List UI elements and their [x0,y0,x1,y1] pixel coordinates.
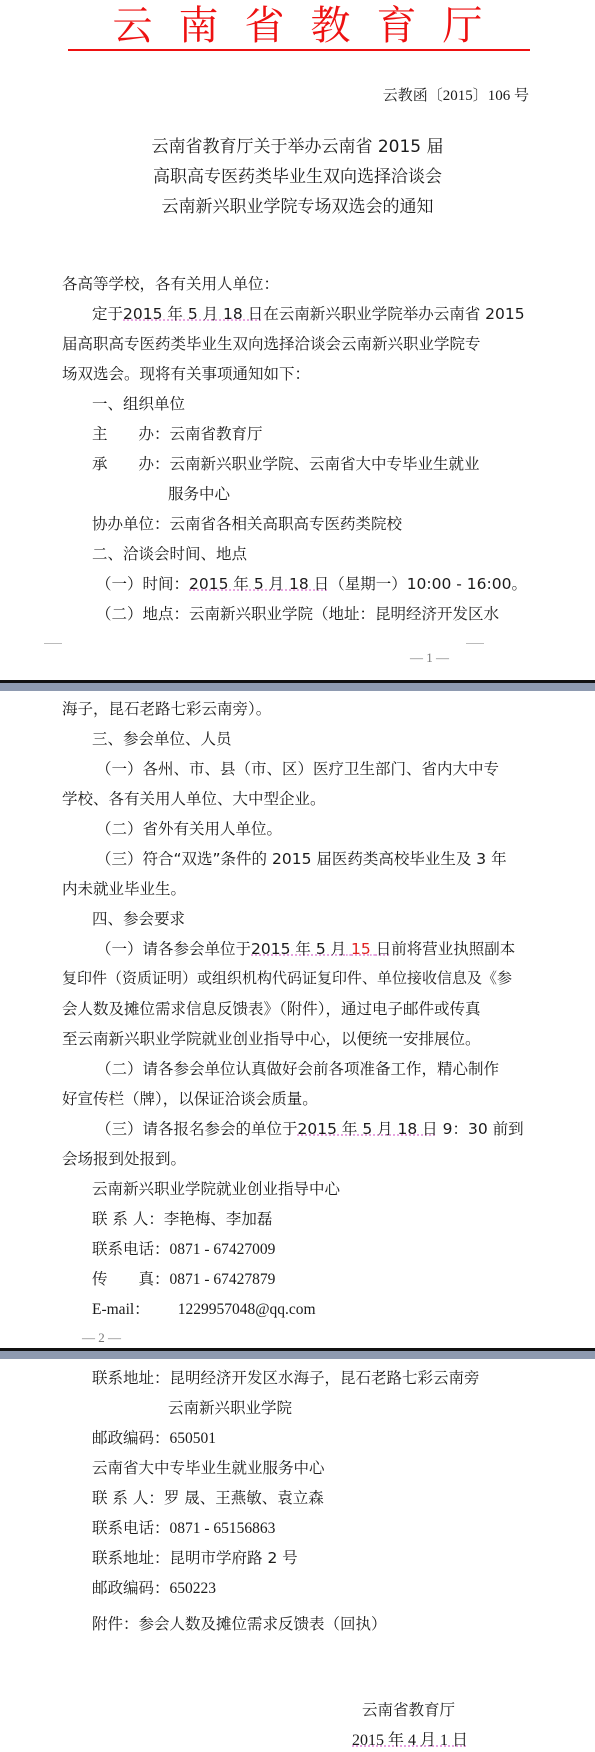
contact-person-label: 联 系 人： [92,1210,164,1228]
address-value: 昆明市学府路 2 号 [170,1549,298,1567]
signature-date: 2015 年 4 月 1 日 [352,1727,468,1750]
contact-2-postcode-row: 邮政编码：650223 [92,1576,216,1598]
section-4-item-1-line-4: 至云南新兴职业学院就业创业指导中心，以便统一安排展位。 [62,1027,481,1049]
contact-person-value: 李艳梅、李加磊 [164,1210,273,1228]
time-label: （一）时间： [96,575,189,593]
contact-1-org: 云南新兴职业学院就业创业指导中心 [92,1177,340,1199]
contact-1-address-row: 联系地址：昆明经济开发区水海子，昆石老路七彩云南旁 [92,1366,480,1388]
fax-label: 传 真： [92,1270,170,1288]
contact-2-person-row: 联 系 人：罗 晟、王燕敏、袁立森 [92,1486,324,1508]
section-4-item-3: （三）请各报名参会的单位于2015 年 5 月 18 日 9：30 前到 [96,1117,524,1139]
doc-title-line-3: 云南新兴职业学院专场双选会的通知 [0,192,595,217]
section-4-heading: 四、参会要求 [92,907,185,929]
page-corner-mark [466,643,484,644]
contact-2-phone-row: 联系电话：0871 - 65156863 [92,1516,275,1538]
deadline-unit: 日 [376,940,392,958]
postcode-value: 650223 [170,1580,217,1597]
page-corner-mark [44,643,62,644]
section-3-item-2: （二）省外有关用人单位。 [96,817,282,839]
intro-line-2: 届高职高专医药类毕业生双向选择洽谈会云南新兴职业学院专 [62,332,481,354]
org-letterhead-title: 云南省教育厅 [0,2,595,50]
email-label: E-mail： [92,1301,150,1318]
contact-2-org: 云南省大中专毕业生就业服务中心 [92,1456,325,1478]
req-1-prefix: （一）请各参会单位于 [96,940,251,958]
page-number-1: — 1 — [410,650,449,666]
signature-org: 云南省教育厅 [362,1698,455,1720]
phone-label: 联系电话： [92,1519,170,1537]
section-3-item-1-cont: 学校、各有关用人单位、大中型企业。 [62,787,326,809]
section-4-item-1: （一）请各参会单位于2015 年 5 月 15 日前将营业执照副本 [96,937,515,959]
time-rest: （星期一）10:00 - 16:00。 [329,575,527,593]
contact-1-email-row: E-mail：1229957048@qq.com [92,1297,316,1319]
organizer-value-cont: 服务中心 [168,482,230,504]
co-organizer-label: 协办单位： [92,515,170,533]
organizer-value: 云南新兴职业学院、云南省大中专毕业生就业 [170,455,480,473]
postcode-label: 邮政编码： [92,1429,170,1447]
contact-person-value: 罗 晟、王燕敏、袁立森 [164,1489,324,1507]
place-row-cont: 海子，昆石老路七彩云南旁）。 [62,697,271,719]
time-date: 2015 年 5 月 18 日 [189,575,329,593]
req-1-rest: 前将营业执照副本 [391,940,515,958]
section-3-item-3-cont: 内未就业毕业生。 [62,877,186,899]
section-3-item-1: （一）各州、市、县（市、区）医疗卫生部门、省内大中专 [96,757,499,779]
postcode-label: 邮政编码： [92,1579,170,1597]
organizer-row: 承 办：云南新兴职业学院、云南省大中专毕业生就业 [92,452,480,474]
contact-1-postcode-row: 邮政编码：650501 [92,1426,216,1448]
postcode-value: 650501 [170,1430,217,1447]
section-3-item-3: （三）符合“双选”条件的 2015 届医药类高校毕业生及 3 年 [96,847,507,869]
req-3-rest: 9：30 前到 [443,1120,524,1138]
letterhead-red-rule [68,49,530,51]
deadline-day: 15 [351,940,371,958]
section-4-item-1-line-3: 会人数及摊位需求信息反馈表》（附件），通过电子邮件或传真 [62,997,481,1019]
section-3-heading: 三、参会单位、人员 [92,727,232,749]
page-number-2: — 2 — [82,1330,121,1346]
attachment-note[interactable]: 附件：参会人数及摊位需求反馈表（回执） [92,1612,387,1634]
intro-rest: 在云南新兴职业学院举办云南省 2015 [263,305,524,323]
req-3-prefix: （三）请各报名参会的单位于 [96,1120,298,1138]
phone-label: 联系电话： [92,1240,170,1258]
contact-1-person-row: 联 系 人：李艳梅、李加磊 [92,1207,272,1229]
contact-2-address-row: 联系地址：昆明市学府路 2 号 [92,1546,298,1568]
section-1-heading: 一、组织单位 [92,392,185,414]
organizer-label: 承 办： [92,455,170,473]
section-4-item-2-cont: 好宣传栏（牌），以保证洽谈会质量。 [62,1087,318,1109]
event-date: 2015 年 5 月 18 日 [123,305,263,323]
intro-prefix: 定于 [92,305,123,323]
host-label: 主 办： [92,425,170,443]
section-4-item-2: （二）请各参会单位认真做好会前各项准备工作，精心制作 [96,1057,499,1079]
contact-person-label: 联 系 人： [92,1489,164,1507]
req-1-deadline: 2015 年 5 月 15 日 [251,940,391,958]
page-separator-band [0,1351,595,1359]
time-row: （一）时间：2015 年 5 月 18 日（星期一）10:00 - 16:00。 [96,572,527,594]
section-2-heading: 二、洽谈会时间、地点 [92,542,247,564]
deadline-month: 2015 年 5 月 [251,940,346,958]
page-separator-band [0,683,595,691]
intro-line-3: 场双选会。现将有关事项通知如下： [62,362,310,384]
doc-title-line-1: 云南省教育厅关于举办云南省 2015 届 [0,132,595,157]
phone-value: 0871 - 65156863 [170,1520,276,1537]
email-link[interactable]: 1229957048@qq.com [178,1301,316,1318]
contact-1-address-cont: 云南新兴职业学院 [168,1396,292,1418]
co-organizer-row: 协办单位：云南省各相关高职高专医药类院校 [92,512,402,534]
address-label: 联系地址： [92,1369,170,1387]
intro-line-1: 定于2015 年 5 月 18 日在云南新兴职业学院举办云南省 2015 [92,302,525,324]
section-4-item-1-line-2: 复印件（资质证明）或组织机构代码证复印件、单位接收信息及《参 [62,967,512,988]
contact-1-phone-row: 联系电话：0871 - 67427009 [92,1237,275,1259]
fax-value: 0871 - 67427879 [170,1271,276,1288]
host-row: 主 办：云南省教育厅 [92,422,263,444]
address-value: 昆明经济开发区水海子，昆石老路七彩云南旁 [170,1369,480,1387]
address-label: 联系地址： [92,1549,170,1567]
salutation: 各高等学校，各有关用人单位： [62,272,279,294]
document-number: 云教函〔2015〕106 号 [383,84,529,105]
co-organizer-value: 云南省各相关高职高专医药类院校 [170,515,403,533]
place-row: （二）地点：云南新兴职业学院（地址：昆明经济开发区水 [96,602,499,624]
section-4-item-3-cont: 会场报到处报到。 [62,1147,186,1169]
report-date: 2015 年 5 月 18 日 [298,1120,438,1138]
contact-1-fax-row: 传 真：0871 - 67427879 [92,1267,275,1289]
host-value: 云南省教育厅 [170,425,263,443]
phone-value: 0871 - 67427009 [170,1241,276,1258]
doc-title-line-2: 高职高专医药类毕业生双向选择洽谈会 [0,162,595,187]
